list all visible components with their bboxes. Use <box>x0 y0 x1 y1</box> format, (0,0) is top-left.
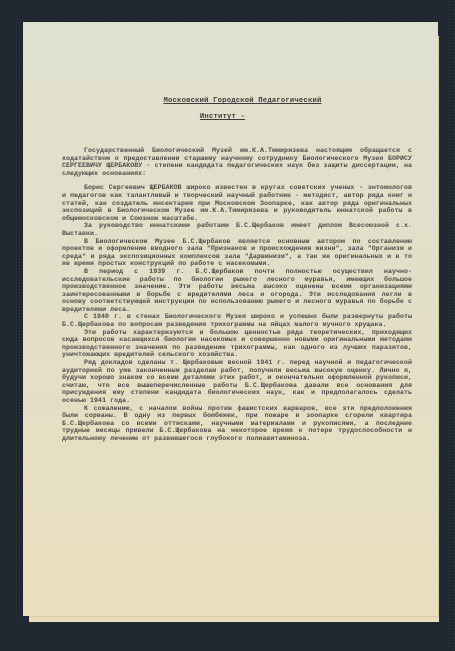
paragraph: В период с 1939 г. Б.С.Щербаков почти по… <box>62 268 412 314</box>
paragraph: К сожалению, с началом войны против фаши… <box>62 405 412 443</box>
paragraph: За руководство юннатскими работами Б.С.Щ… <box>62 222 412 237</box>
paragraph: В Биологическом Музее Б.С.Щербаков являе… <box>62 238 412 268</box>
typewritten-page: Московский Городской Педагогический Инст… <box>23 22 438 616</box>
paragraph: Борис Сергеевич ЩЕРБАКОВ широко известен… <box>62 184 412 222</box>
addressee-title-line2: Институт - <box>7 113 438 121</box>
letter-body: Государственный Биологический Музей им.К… <box>62 147 412 443</box>
paragraph: Эти работы характеризуются и большою цен… <box>62 329 412 359</box>
paragraph: С 1940 г. в стенах Биологического Музея … <box>62 313 412 328</box>
addressee-title-line1: Московский Городской Педагогический <box>47 97 438 105</box>
paragraph: Ряд докладов сделаны т. Щербаковым весно… <box>62 359 412 405</box>
paragraph: Государственный Биологический Музей им.К… <box>62 147 412 177</box>
